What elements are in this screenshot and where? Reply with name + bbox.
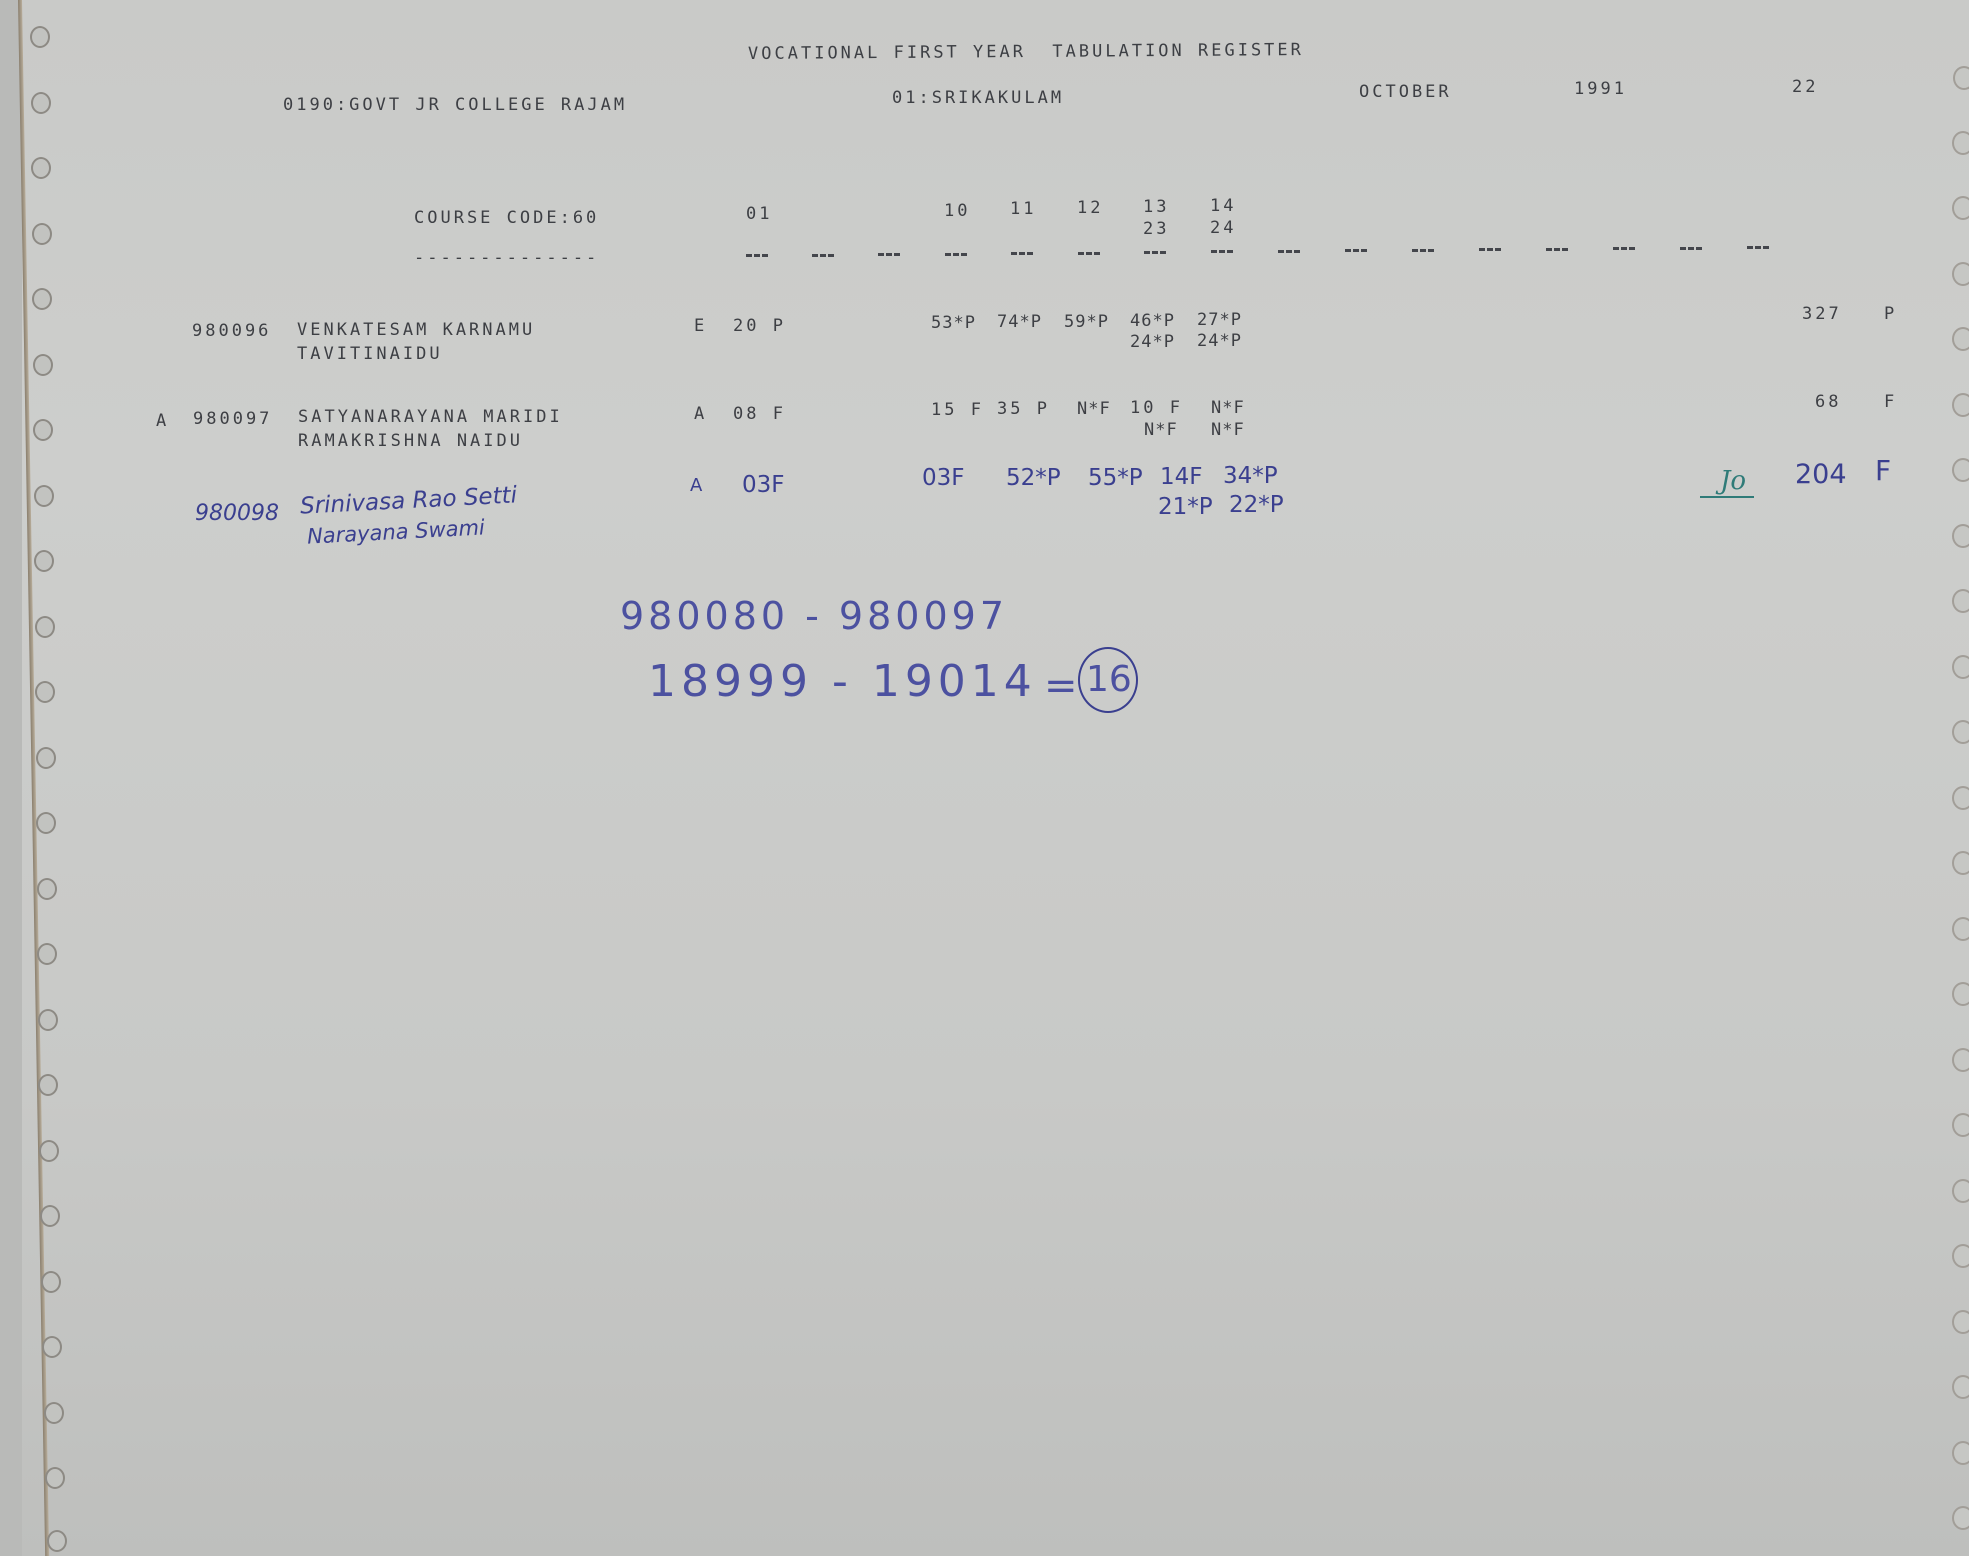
tractor-hole-icon	[1952, 655, 1969, 679]
equals-sign: =	[1044, 666, 1078, 706]
binder-hole-icon	[35, 616, 55, 638]
column-12-header: 12	[1077, 200, 1103, 217]
binder-hole-icon	[38, 1074, 58, 1096]
column-dash	[1144, 251, 1166, 258]
column-dash	[1680, 247, 1702, 254]
tractor-hole-icon	[1952, 327, 1969, 351]
mark-col-24: N*F	[1211, 422, 1245, 439]
column-dash	[1613, 247, 1635, 254]
binder-hole-icon	[32, 223, 52, 245]
mark-col-12: 59*P	[1064, 314, 1109, 331]
tractor-hole-icon	[1952, 1244, 1969, 1268]
tractor-hole-icon	[1952, 786, 1969, 810]
college-name: 0190:GOVT JR COLLEGE RAJAM	[283, 97, 627, 114]
mark-col-13: 46*P	[1130, 313, 1175, 330]
mark-col-11: 35 P	[997, 401, 1050, 418]
binder-hole-icon	[34, 550, 54, 572]
roll-number: 980097	[193, 411, 272, 428]
register-title: VOCATIONAL FIRST YEAR TABULATION REGISTE…	[748, 42, 1304, 63]
total-marks: 327	[1802, 306, 1842, 323]
tractor-hole-icon	[1952, 458, 1969, 482]
tractor-hole-icon	[1952, 196, 1969, 220]
page-number: 22	[1792, 79, 1818, 96]
column-dash	[1345, 249, 1367, 256]
total-marks: 204	[1795, 461, 1847, 488]
binder-hole-icon	[41, 1271, 61, 1293]
medium-code: A	[694, 406, 707, 423]
mark-col-11: 74*P	[997, 314, 1042, 331]
mark-col-10: 03F	[922, 467, 965, 490]
binder-hole-icon	[38, 1009, 58, 1031]
binder-hole-icon	[30, 26, 50, 48]
mark-col-01: 03F	[742, 474, 785, 497]
column-dash	[1412, 249, 1434, 256]
total-marks: 68	[1815, 394, 1841, 411]
tractor-hole-icon	[1952, 131, 1969, 155]
binder-hole-icon	[45, 1467, 65, 1489]
column-dash	[945, 253, 967, 260]
binder-hole-icon	[31, 157, 51, 179]
roll-number: 980096	[192, 323, 271, 340]
binder-hole-icon	[33, 354, 53, 376]
binder-hole-icon	[31, 92, 51, 114]
binder-hole-icon	[36, 812, 56, 834]
column-23-header: 23	[1143, 221, 1169, 238]
column-dash	[1211, 250, 1233, 257]
column-dash	[812, 254, 834, 261]
mark-col-24: 24*P	[1197, 333, 1242, 350]
column-01-header: 01	[746, 206, 772, 223]
binder-hole-icon	[47, 1530, 67, 1552]
tractor-hole-icon	[1952, 1310, 1969, 1334]
mark-col-10: 53*P	[931, 315, 976, 332]
roll-number: 980098	[195, 503, 279, 525]
column-dash	[1011, 252, 1033, 259]
binder-hole-icon	[36, 747, 56, 769]
mark-col-13: 14F	[1160, 466, 1203, 489]
tractor-hole-icon	[1952, 589, 1969, 613]
column-dash	[1479, 248, 1501, 255]
mark-col-01: 20 P	[733, 318, 786, 335]
mark-col-24: 22*P	[1229, 494, 1284, 517]
binder-hole-icon	[35, 681, 55, 703]
mark-col-01: 08 F	[733, 406, 786, 423]
column-dash	[1278, 250, 1300, 257]
result-status: F	[1875, 457, 1891, 485]
tractor-hole-icon	[1952, 393, 1969, 417]
mark-col-23: N*F	[1144, 422, 1178, 439]
exam-year: 1991	[1574, 81, 1627, 98]
exam-month: OCTOBER	[1359, 84, 1452, 101]
tractor-hole-icon	[1952, 262, 1969, 286]
result-status: F	[1884, 394, 1897, 411]
binder-hole-icon	[37, 943, 57, 965]
district-name: 01:SRIKAKULAM	[892, 90, 1064, 107]
binder-hole-icon	[44, 1402, 64, 1424]
column-10-header: 10	[944, 203, 970, 220]
column-11-header: 11	[1010, 201, 1036, 218]
mark-col-11: 52*P	[1006, 467, 1061, 490]
course-code-label: COURSE CODE:60	[414, 210, 599, 227]
medium-code: E	[694, 318, 707, 335]
tractor-hole-icon	[1952, 1506, 1969, 1530]
mark-col-23: 24*P	[1130, 334, 1175, 351]
medium-code: A	[690, 477, 702, 495]
mark-col-14: 27*P	[1197, 312, 1242, 329]
student-name-line2: RAMAKRISHNA NAIDU	[298, 433, 523, 450]
tractor-hole-icon	[1952, 982, 1969, 1006]
mark-col-13: 10 F	[1130, 400, 1183, 417]
mark-col-14: N*F	[1211, 400, 1245, 417]
count-value: 16	[1086, 662, 1132, 698]
record-flag: A	[156, 413, 169, 430]
mark-col-12: N*F	[1077, 401, 1111, 418]
register-page	[22, 0, 1969, 1556]
binder-hole-icon	[34, 485, 54, 507]
tractor-hole-icon	[1952, 917, 1969, 941]
tractor-hole-icon	[1952, 1048, 1969, 1072]
serial-range-note: 18999 - 19014	[648, 660, 1037, 704]
examiner-initials: Jo	[1700, 466, 1754, 498]
binder-hole-icon	[39, 1140, 59, 1162]
column-13-header: 13	[1143, 199, 1169, 216]
column-dash	[1078, 252, 1100, 259]
binder-hole-icon	[32, 288, 52, 310]
roll-range-note: 980080 - 980097	[620, 597, 1008, 635]
tractor-hole-icon	[1952, 1441, 1969, 1465]
mark-col-12: 55*P	[1088, 467, 1143, 490]
student-name-line1: VENKATESAM KARNAMU	[297, 322, 535, 339]
column-dash	[1747, 246, 1769, 253]
binder-hole-icon	[33, 419, 53, 441]
tractor-hole-icon	[1953, 66, 1969, 90]
column-dash	[878, 253, 900, 260]
tractor-hole-icon	[1952, 1375, 1969, 1399]
binder-hole-icon	[42, 1336, 62, 1358]
tractor-hole-icon	[1952, 524, 1969, 548]
binder-hole-icon	[37, 878, 57, 900]
course-code-underline: --------------	[414, 250, 599, 267]
tractor-hole-icon	[1952, 851, 1969, 875]
result-status: P	[1884, 306, 1897, 323]
column-24-header: 24	[1210, 220, 1236, 237]
tractor-hole-icon	[1952, 1113, 1969, 1137]
binder-hole-icon	[40, 1205, 60, 1227]
mark-col-23: 21*P	[1158, 496, 1213, 519]
student-name-line1: SATYANARAYANA MARIDI	[298, 409, 563, 426]
tractor-hole-icon	[1952, 1179, 1969, 1203]
tractor-hole-icon	[1952, 720, 1969, 744]
column-14-header: 14	[1210, 198, 1236, 215]
student-name-line2: TAVITINAIDU	[297, 346, 443, 363]
mark-col-14: 34*P	[1223, 465, 1278, 488]
mark-col-10: 15 F	[931, 402, 984, 419]
column-dash	[1546, 248, 1568, 255]
column-dash	[746, 254, 768, 261]
